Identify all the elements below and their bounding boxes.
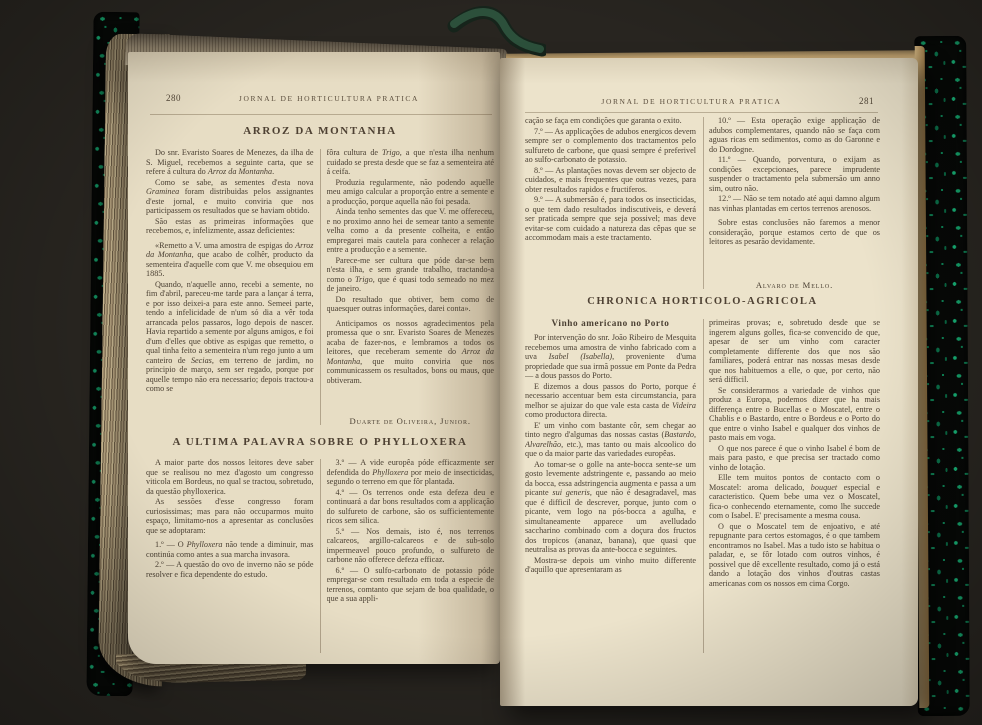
- running-title-right: JORNAL DE HORTICULTURA PRATICA: [525, 97, 858, 106]
- paragraph: Do resultado que obtiver, bem como de qu…: [327, 295, 495, 314]
- paragraph: E dizemos a dous passos do Porto, porque…: [525, 382, 696, 420]
- paragraph: Anticipamos os nossos agradecimentos pel…: [327, 319, 495, 386]
- paragraph: São estas as primeiras informações que r…: [146, 217, 314, 236]
- paragraph: 6.º — O sulfo-carbonato de potassio póde…: [327, 566, 495, 604]
- paragraph: As sessões d'esse congresso foram curios…: [146, 497, 314, 535]
- paragraph: 5.º — Nos demais, isto é, nos terrenos c…: [327, 527, 495, 565]
- header-rule-right: [525, 112, 878, 113]
- paragraph: 2.º — A questão do ovo de inverno não se…: [146, 560, 314, 579]
- paragraph: 11.º — Quando, porventura, o exijam as c…: [709, 155, 880, 193]
- paragraph: «Remetto a V. uma amostra de espigas do …: [146, 241, 314, 279]
- column-paragraphs: primeiras provas; e, sobretudo desde que…: [709, 318, 880, 654]
- two-column-block-phylloxera: A maior parte dos nossos leitores deve s…: [146, 458, 494, 654]
- paragraph: 4.º — Os terrenos onde esta defeza deu e…: [327, 488, 495, 526]
- paragraph: 12.º — Não se tem notado até aqui damno …: [709, 194, 880, 213]
- article-title-arroz: ARROZ DA MONTANHA: [146, 125, 494, 137]
- paragraph: Se considerarmos a variedade de vinhos q…: [709, 386, 880, 443]
- paragraph: Sobre estas conclusões não faremos a men…: [709, 218, 880, 247]
- paragraph: Como se sabe, as sementes d'esta nova Gr…: [146, 178, 314, 216]
- two-column-block-arroz: Do snr. Evaristo Soares de Menezes, da i…: [146, 148, 494, 426]
- page-number-right: 281: [859, 96, 874, 106]
- text-column: 3.º — A vide europêa póde efficazmente s…: [327, 458, 495, 654]
- two-column-block-conclusions: cação se faça em condições que garanta o…: [525, 116, 880, 290]
- text-column: cação se faça em condições que garanta o…: [525, 116, 696, 290]
- paragraph: 10.º — Esta operação exige applicação de…: [709, 116, 880, 154]
- open-book-photo: 280 JORNAL DE HORTICULTURA PRATICA ARROZ…: [0, 0, 982, 725]
- paragraph: primeiras provas; e, sobretudo desde que…: [709, 318, 880, 385]
- paragraph: Por intervenção do snr. João Ribeiro de …: [525, 333, 696, 381]
- column-paragraphs: Do snr. Evaristo Soares de Menezes, da i…: [146, 148, 314, 426]
- text-column: primeiras provas; e, sobretudo desde que…: [709, 318, 880, 654]
- paragraph: Parece-me ser cultura que póde dar-se be…: [327, 256, 495, 294]
- text-column: A maior parte dos nossos leitores deve s…: [146, 458, 314, 654]
- book-page-right: JORNAL DE HORTICULTURA PRATICA 281 cação…: [500, 58, 918, 706]
- paragraph: Elle tem muitos pontos de contacto com o…: [709, 473, 880, 521]
- paragraph: 9.º — A submersão é, para todos os insec…: [525, 195, 696, 243]
- paragraph: E' um vinho com bastante côr, sem chegar…: [525, 421, 696, 459]
- signature-duarte: Duarte de Oliveira, Junior.: [327, 416, 495, 426]
- text-column: 10.º — Esta operação exige applicação de…: [709, 116, 880, 290]
- paragraph: O que nos parece é que o vinho Isabel é …: [709, 444, 880, 473]
- column-paragraphs: 10.º — Esta operação exige applicação de…: [709, 116, 880, 275]
- two-column-block-chronicle: Vinho americano no Porto Por intervenção…: [525, 318, 880, 654]
- paragraph: Ainda tenho sementes das que V. me offer…: [327, 207, 495, 255]
- chronicle-title: CHRONICA HORTICOLO-AGRICOLA: [525, 296, 880, 307]
- paragraph: Produzia regularmente, não podendo aquel…: [327, 178, 495, 207]
- column-paragraphs: 3.º — A vide europêa póde efficazmente s…: [327, 458, 495, 654]
- paragraph: Mostra-se depois um vinho muito differen…: [525, 556, 696, 575]
- text-column: Vinho americano no Porto Por intervenção…: [525, 318, 696, 654]
- column-paragraphs: A maior parte dos nossos leitores deve s…: [146, 458, 314, 654]
- paragraph: Do snr. Evaristo Soares de Menezes, da i…: [146, 148, 314, 177]
- column-paragraphs: Por intervenção do snr. João Ribeiro de …: [525, 333, 696, 654]
- paragraph: O que o Moscatel tem de enjoativo, e até…: [709, 522, 880, 589]
- book-page-left: 280 JORNAL DE HORTICULTURA PRATICA ARROZ…: [128, 52, 500, 664]
- text-column: fôra cultura de Trigo, a que n'esta ilha…: [327, 148, 495, 426]
- signature-alvaro: Alvaro de Mello.: [709, 280, 880, 290]
- chronicle-subheading: Vinho americano no Porto: [525, 318, 696, 328]
- paragraph: 8.º — As plantações novas devem ser obje…: [525, 166, 696, 195]
- paragraph: 1.º — O Phylloxera não tende a diminuir,…: [146, 540, 314, 559]
- column-paragraphs: fôra cultura de Trigo, a que n'esta ilha…: [327, 148, 495, 411]
- paragraph: 7.º — As applicações de adubos energicos…: [525, 127, 696, 165]
- paragraph: 3.º — A vide europêa póde efficazmente s…: [327, 458, 495, 487]
- running-title-left: JORNAL DE HORTICULTURA PRATICA: [168, 94, 490, 103]
- text-column: Do snr. Evaristo Soares de Menezes, da i…: [146, 148, 314, 426]
- article-title-phylloxera: A ULTIMA PALAVRA SOBRE O PHYLLOXERA: [146, 436, 494, 448]
- paragraph: cação se faça em condições que garanta o…: [525, 116, 696, 126]
- header-rule-left: [150, 114, 492, 115]
- paragraph: fôra cultura de Trigo, a que n'esta ilha…: [327, 148, 495, 177]
- paragraph: Quando, n'aquelle anno, recebi a semente…: [146, 280, 314, 394]
- paragraph: A maior parte dos nossos leitores deve s…: [146, 458, 314, 496]
- paragraph: Ao tomar-se o golle na ante-bocca sente-…: [525, 460, 696, 555]
- column-paragraphs: cação se faça em condições que garanta o…: [525, 116, 696, 290]
